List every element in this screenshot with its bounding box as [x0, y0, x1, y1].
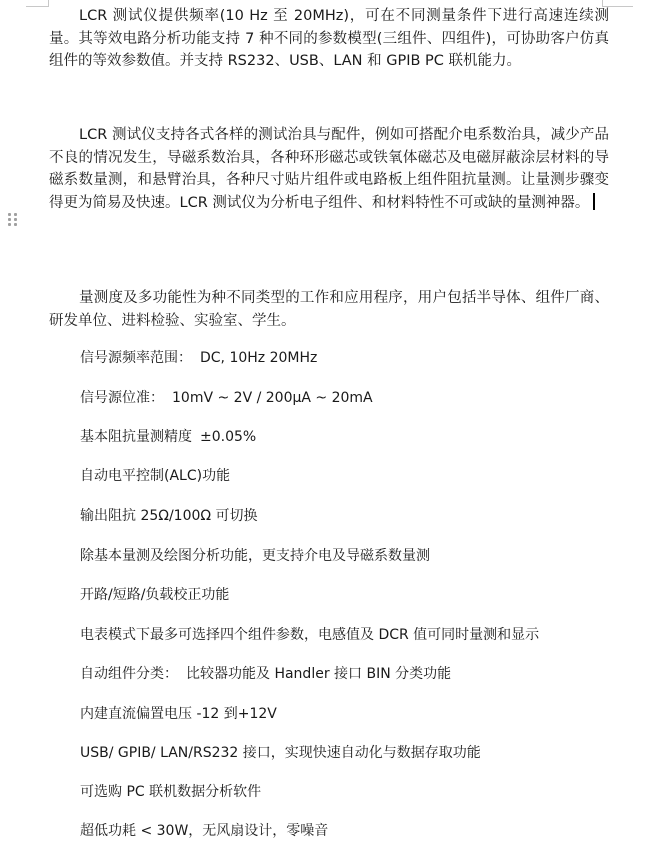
feature-label: 基本阻抗量测精度 [80, 429, 192, 445]
feature-value: 比较器功能及 Handler 接口 BIN 分类功能 [186, 666, 451, 682]
drag-dot [14, 223, 17, 226]
feature-value: 10mV ~ 2V / 200µA ~ 20mA [172, 390, 373, 406]
feature-line[interactable]: USB/ GPIB/ LAN/RS232 接口，实现快速自动化与数据存取功能 [80, 743, 489, 763]
feature-value: DC, 10Hz 20MHz [200, 350, 317, 366]
document-page[interactable]: LCR 测试仪提供频率(10 Hz 至 20MHz)，可在不同测量条件下进行高速… [0, 0, 646, 843]
feature-line[interactable]: 信号源频率范围：DC, 10Hz 20MHz [80, 348, 317, 368]
feature-label: 输出阻抗 25Ω/100Ω 可切换 [80, 508, 258, 524]
feature-line[interactable]: 电表模式下最多可选择四个组件参数，电感值及 DCR 值可同时量测和显示 [80, 625, 547, 645]
feature-label: 自动电平控制(ALC)功能 [80, 468, 230, 484]
paragraph-fixtures-accessories[interactable]: LCR 测试仪支持各式各样的测试治具与配件，例如可搭配介电系数治具，减少产品不良… [49, 124, 609, 214]
feature-line[interactable]: 内建直流偏置电压 -12 到+12V [80, 704, 285, 724]
feature-value: ±0.05% [200, 429, 256, 445]
paragraph-drag-handle-icon[interactable] [8, 213, 18, 227]
paragraph-frequency-overview[interactable]: LCR 测试仪提供频率(10 Hz 至 20MHz)，可在不同测量条件下进行高速… [49, 5, 609, 73]
margin-corner-mark-left [26, 0, 49, 7]
drag-dot [8, 223, 11, 226]
feature-label: 自动组件分类： [80, 666, 178, 682]
drag-dot [8, 218, 11, 221]
drag-dot [14, 218, 17, 221]
feature-label: 可选购 PC 联机数据分析软件 [80, 784, 261, 800]
feature-label: 超低功耗 < 30W，无风扇设计，零噪音 [80, 823, 328, 839]
paragraph-applications[interactable]: 量测度及多功能性为种不同类型的工作和应用程序，用户包括半导体、组件厂商、研发单位… [49, 287, 609, 332]
feature-label: 信号源频率范围： [80, 350, 192, 366]
feature-line[interactable]: 基本阻抗量测精度±0.05% [80, 427, 256, 447]
feature-label: 信号源位准： [80, 390, 164, 406]
feature-label: USB/ GPIB/ LAN/RS232 接口，实现快速自动化与数据存取功能 [80, 745, 481, 761]
feature-label: 电表模式下最多可选择四个组件参数，电感值及 DCR 值可同时量测和显示 [80, 627, 539, 643]
feature-label: 除基本量测及绘图分析功能，更支持介电及导磁系数量测 [80, 548, 430, 564]
feature-line[interactable]: 信号源位准：10mV ~ 2V / 200µA ~ 20mA [80, 388, 373, 408]
feature-line[interactable]: 超低功耗 < 30W，无风扇设计，零噪音 [80, 821, 336, 841]
feature-line[interactable]: 自动电平控制(ALC)功能 [80, 466, 238, 486]
feature-label: 开路/短路/负载校正功能 [80, 587, 229, 603]
feature-label: 内建直流偏置电压 -12 到+12V [80, 706, 277, 722]
text-cursor [593, 193, 595, 210]
feature-line[interactable]: 除基本量测及绘图分析功能，更支持介电及导磁系数量测 [80, 546, 438, 566]
paragraph-fixtures-text: LCR 测试仪支持各式各样的测试治具与配件，例如可搭配介电系数治具，减少产品不良… [49, 127, 609, 211]
drag-dot [14, 213, 17, 216]
feature-line[interactable]: 可选购 PC 联机数据分析软件 [80, 782, 269, 802]
feature-line[interactable]: 自动组件分类：比较器功能及 Handler 接口 BIN 分类功能 [80, 664, 451, 684]
feature-line[interactable]: 输出阻抗 25Ω/100Ω 可切换 [80, 506, 266, 526]
feature-line[interactable]: 开路/短路/负载校正功能 [80, 585, 237, 605]
drag-dot [8, 213, 11, 216]
